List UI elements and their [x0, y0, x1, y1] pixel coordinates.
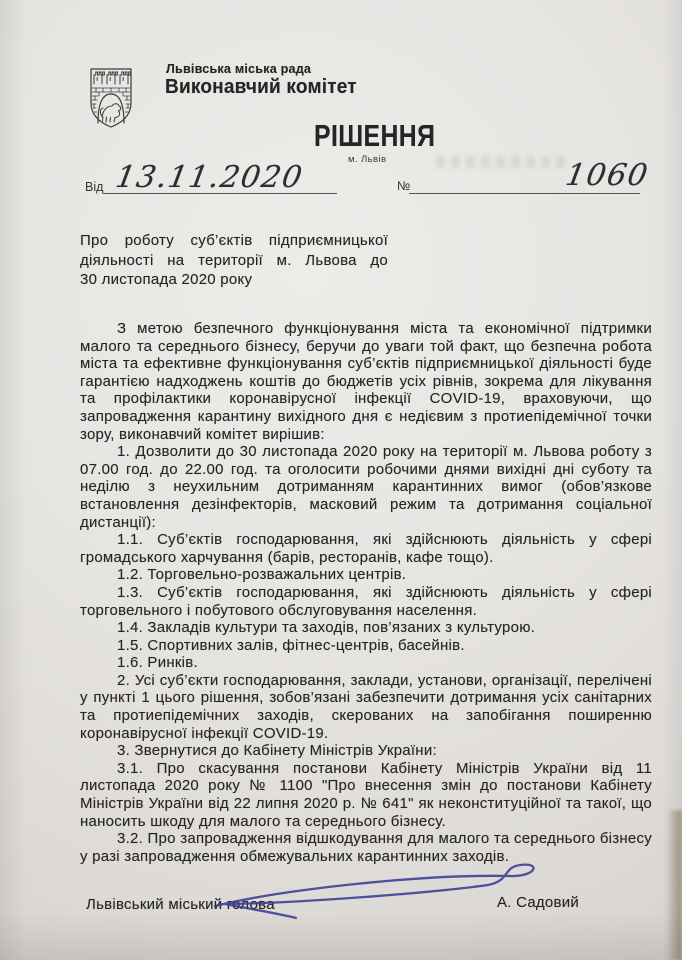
number-fill-line	[409, 193, 640, 194]
body-paragraph: 1.2. Торговельно-розважальних центрів.	[80, 566, 652, 584]
bleed-through-smudge	[436, 156, 566, 168]
scanned-decision-document: Львівська міська рада Виконавчий комітет…	[0, 0, 682, 960]
handwritten-signature	[190, 856, 560, 928]
subject-line: Про роботу суб’єктів підприємницької	[80, 231, 388, 251]
body-paragraph: 1.5. Спортивних залів, фітнес-центрів, б…	[80, 637, 652, 655]
body-paragraph: 1.1. Суб’єктів господарювання, які здійс…	[80, 531, 652, 566]
place-label: м. Львів	[348, 154, 386, 165]
lviv-coat-of-arms-icon	[88, 66, 134, 130]
body-paragraph: 3.1. Про скасування постанови Кабінету М…	[80, 760, 652, 830]
org-name: Львівська міська рада	[166, 61, 311, 76]
number-label: №	[397, 179, 410, 193]
handwritten-number: 1060	[563, 158, 652, 193]
body-paragraph: 1. Дозволити до 30 листопада 2020 року н…	[80, 443, 652, 531]
date-label: Від	[85, 180, 103, 194]
decision-body: З метою безпечного функціонування міста …	[80, 320, 652, 865]
subject-line: 30 листопада 2020 року	[80, 270, 388, 290]
body-paragraph: З метою безпечного функціонування міста …	[80, 320, 652, 443]
body-paragraph: 2. Усі суб’єкти господарювання, заклади,…	[80, 672, 652, 742]
org-unit: Виконавчий комітет	[165, 75, 357, 99]
subject-block: Про роботу суб’єктів підприємницької дія…	[80, 231, 388, 290]
body-paragraph: 1.6. Ринків.	[80, 654, 652, 672]
body-paragraph: 1.3. Суб’єктів господарювання, які здійс…	[80, 584, 652, 619]
body-paragraph: 3. Звернутися до Кабінету Міністрів Укра…	[80, 742, 652, 760]
subject-line: діяльності на території м. Львова до	[80, 251, 388, 271]
document-type-title: РІШЕННЯ	[314, 118, 435, 154]
handwritten-date: 13.11.2020	[113, 160, 306, 195]
photo-background-edge	[666, 810, 682, 960]
body-paragraph: 1.4. Закладів культури та заходів, пов’я…	[80, 619, 652, 637]
